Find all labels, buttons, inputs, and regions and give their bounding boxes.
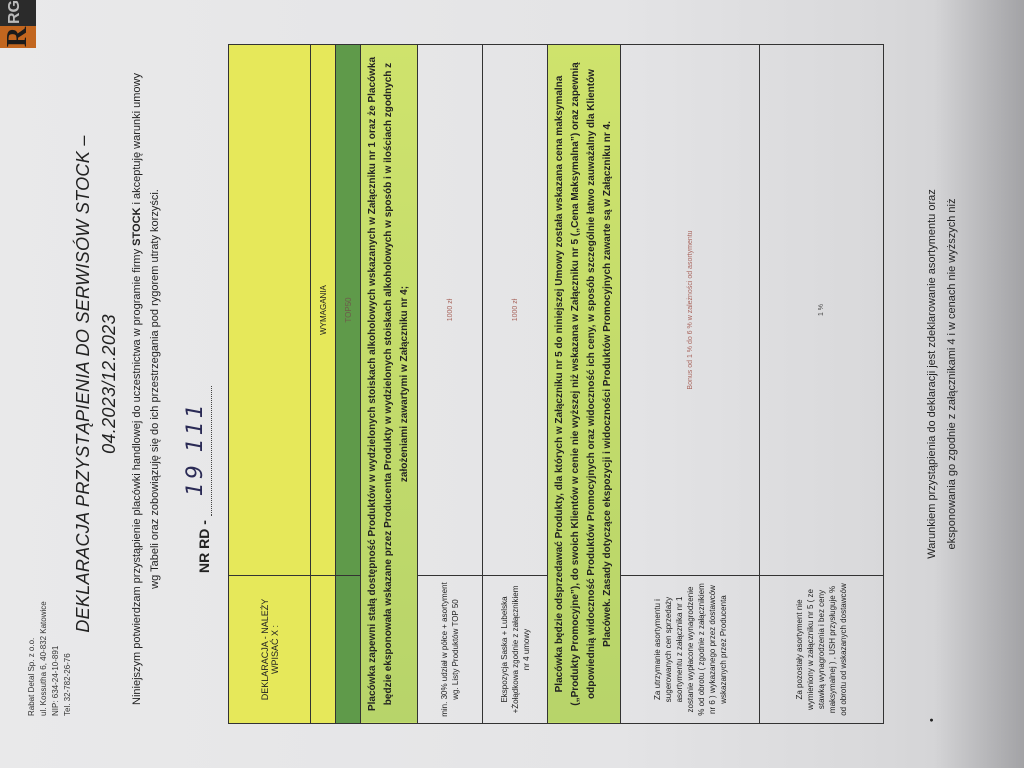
col-requirements-header: WYMAGANIA: [311, 45, 336, 576]
section-label: TOP50: [336, 45, 361, 576]
requirements-table: DEKLARACJA - NALEŻY WPISAĆ X : WYMAGANIA…: [228, 44, 884, 724]
col-declaration-header: DEKLARACJA - NALEŻY WPISAĆ X :: [229, 576, 311, 724]
nr-rd-handwritten: 19 111: [183, 401, 208, 496]
table-row: Za utrzymanie asortymentu i sugerowanych…: [621, 45, 760, 724]
header-blank: [229, 45, 311, 576]
document-title: DEKLARACJA PRZYSTĄPIENIA DO SERWISÓW STO…: [70, 0, 122, 768]
requirements-blank: [311, 576, 336, 724]
company-street: ul. Kossutha 6, 40-832 Katowice: [38, 601, 50, 716]
row-value[interactable]: 1 %: [760, 45, 884, 576]
title-line-2: 04.2023/12.2023: [96, 0, 122, 768]
company-nip: NIP: 634-24-10-891: [50, 601, 62, 716]
table-row: min. 30% udział w półce + asortyment wg.…: [418, 45, 483, 724]
intro-bold: STOCK: [131, 208, 143, 246]
table-section-row: TOP50: [336, 45, 361, 724]
title-line-1: DEKLARACJA PRZYSTĄPIENIA DO SERWISÓW STO…: [70, 0, 96, 768]
row-label: Za utrzymanie asortymentu i sugerowanych…: [621, 576, 760, 724]
table-row: Placówka zapewni stałą dostępność Produk…: [361, 45, 418, 724]
requirement-max-price: Placówka będzie odsprzedawać Produkty, d…: [548, 45, 621, 724]
nr-rd-label: NR RD -: [196, 520, 212, 573]
intro-paragraph: Niniejszym potwierdzam przystąpienie pla…: [128, 70, 164, 708]
company-name: Rabat Detal Sp. z o.o.: [26, 601, 38, 716]
row-value[interactable]: 1000 zł: [418, 45, 483, 576]
nr-rd-field: NR RD - 19 111: [196, 386, 212, 573]
table-row: Placówka będzie odsprzedawać Produkty, d…: [548, 45, 621, 724]
logo-letter: R: [0, 26, 36, 48]
table-row: Za pozostały asortyment nie wymieniony w…: [760, 45, 884, 724]
row-value[interactable]: Bonus od 1 % do 6 % w zależności od asor…: [621, 45, 760, 576]
row-label: Ekspozycja Saska + Lubelska +Żołądkowa z…: [483, 576, 548, 724]
table-requirements-row: WYMAGANIA: [311, 45, 336, 724]
intro-text-1: Niniejszym potwierdzam przystąpienie pla…: [131, 246, 143, 705]
table-header-row: DEKLARACJA - NALEŻY WPISAĆ X :: [229, 45, 311, 724]
nr-rd-line[interactable]: 19 111: [197, 386, 212, 516]
document-page: R RG Rabat Detal Sp. z o.o. ul. Kossutha…: [0, 0, 1024, 768]
requirement-availability: Placówka zapewni stałą dostępność Produk…: [361, 45, 418, 724]
row-label: Za pozostały asortyment nie wymieniony w…: [760, 576, 884, 724]
table-row: Ekspozycja Saska + Lubelska +Żołądkowa z…: [483, 45, 548, 724]
company-logo: R RG: [0, 0, 36, 48]
row-value[interactable]: 1000 zł: [483, 45, 548, 576]
photo-shadow-right: [934, 0, 1024, 768]
row-label: min. 30% udział w półce + asortyment wg.…: [418, 576, 483, 724]
section-blank: [336, 576, 361, 724]
company-address: Rabat Detal Sp. z o.o. ul. Kossutha 6, 4…: [26, 601, 74, 716]
logo-text: RG: [6, 0, 24, 24]
